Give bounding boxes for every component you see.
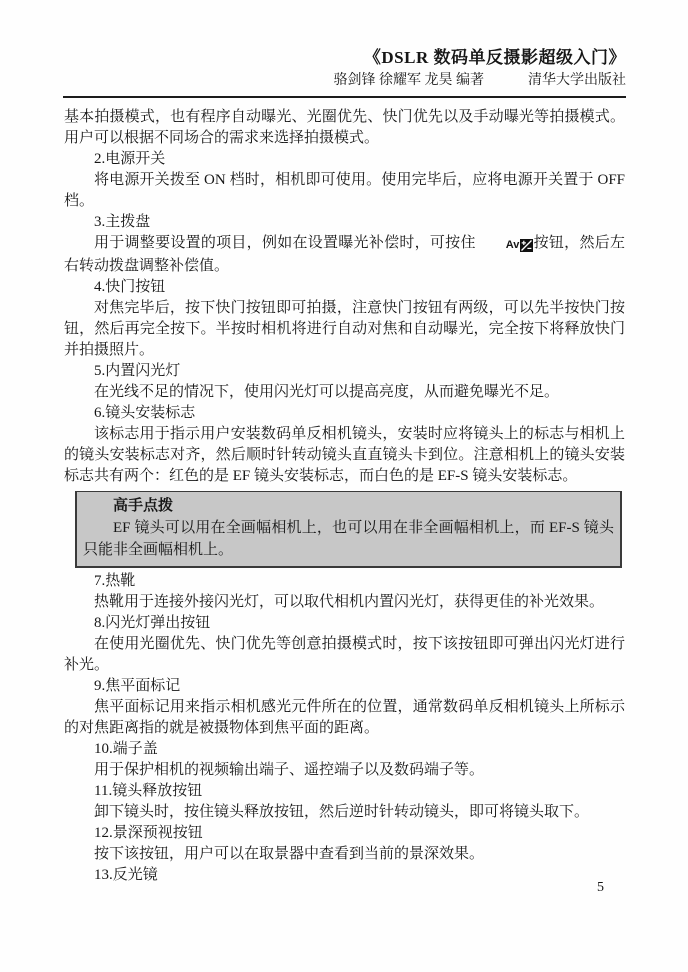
publisher: 清华大学出版社 — [528, 73, 626, 88]
section-body: 热靴用于连接外接闪光灯，可以取代相机内置闪光灯，获得更佳的补光效果。 — [64, 592, 625, 613]
intro-paragraph: 基本拍摄模式，也有程序自动曝光、光圈优先、快门优先以及手动曝光等拍摄模式。用户可… — [64, 107, 625, 149]
section-heading: 3.主拨盘 — [64, 212, 625, 233]
tip-box: 高手点拨 EF 镜头可以用在全画幅相机上，也可以用在非全画幅相机上，而 EF-S… — [75, 491, 622, 568]
section-body: 用于保护相机的视频输出端子、遥控端子以及数码端子等。 — [64, 760, 625, 781]
section-body: 按下该按钮，用户可以在取景器中查看到当前的景深效果。 — [64, 844, 625, 865]
document-page: 《DSLR 数码单反摄影超级入门》 骆剑锋 徐耀军 龙昊 编著清华大学出版社 基… — [0, 0, 688, 972]
tip-box-body: EF 镜头可以用在全画幅相机上，也可以用在非全画幅相机上，而 EF-S 镜头只能… — [83, 517, 614, 561]
section-heading: 2.电源开关 — [64, 149, 625, 170]
section-heading: 4.快门按钮 — [64, 277, 625, 298]
section-body: 卸下镜头时，按住镜头释放按钮，然后逆时针转动镜头，即可将镜头取下。 — [64, 802, 625, 823]
page-footer: 5 — [64, 878, 625, 896]
page-number: 5 — [597, 880, 604, 896]
tip-box-title: 高手点拨 — [83, 495, 614, 517]
section-heading: 10.端子盖 — [64, 739, 625, 760]
section-heading: 11.镜头释放按钮 — [64, 781, 625, 802]
section-heading: 9.焦平面标记 — [64, 676, 625, 697]
section-body: 用于调整要设置的项目，例如在设置曝光补偿时，可按住Av按钮，然后左右转动拨盘调整… — [64, 233, 625, 277]
page-content: 基本拍摄模式，也有程序自动曝光、光圈优先、快门优先以及手动曝光等拍摄模式。用户可… — [64, 107, 625, 886]
section-body: 将电源开关拨至 ON 档时，相机即可使用。使用完毕后，应将电源开关置于 OFF … — [64, 170, 625, 212]
page-header: 《DSLR 数码单反摄影超级入门》 骆剑锋 徐耀军 龙昊 编著清华大学出版社 — [63, 48, 626, 98]
section-body: 在光线不足的情况下，使用闪光灯可以提高亮度，从而避免曝光不足。 — [64, 382, 625, 403]
section-heading: 8.闪光灯弹出按钮 — [64, 613, 625, 634]
section-heading: 7.热靴 — [64, 571, 625, 592]
section-heading: 12.景深预视按钮 — [64, 823, 625, 844]
av-icon-label: Av — [476, 235, 520, 256]
section-body: 对焦完毕后，按下快门按钮即可拍摄，注意快门按钮有两级，可以先半按快门按钮，然后再… — [64, 298, 625, 361]
authors: 骆剑锋 徐耀军 龙昊 编著 — [334, 73, 485, 88]
exposure-compensation-square-icon — [520, 239, 533, 252]
section-heading: 5.内置闪光灯 — [64, 361, 625, 382]
av-exposure-compensation-icon: Av — [476, 235, 534, 256]
section-heading: 6.镜头安装标志 — [64, 403, 625, 424]
book-title: 《DSLR 数码单反摄影超级入门》 — [63, 48, 626, 68]
section-body: 该标志用于指示用户安装数码单反相机镜头，安装时应将镜头上的标志与相机上的镜头安装… — [64, 424, 625, 487]
authors-line: 骆剑锋 徐耀军 龙昊 编著清华大学出版社 — [63, 72, 626, 89]
section-body: 在使用光圈优先、快门优先等创意拍摄模式时，按下该按钮即可弹出闪光灯进行补光。 — [64, 634, 625, 676]
section-body-text-before: 用于调整要设置的项目，例如在设置曝光补偿时，可按住 — [94, 235, 476, 251]
section-body: 焦平面标记用来指示相机感光元件所在的位置，通常数码单反相机镜头上所标示的对焦距离… — [64, 697, 625, 739]
